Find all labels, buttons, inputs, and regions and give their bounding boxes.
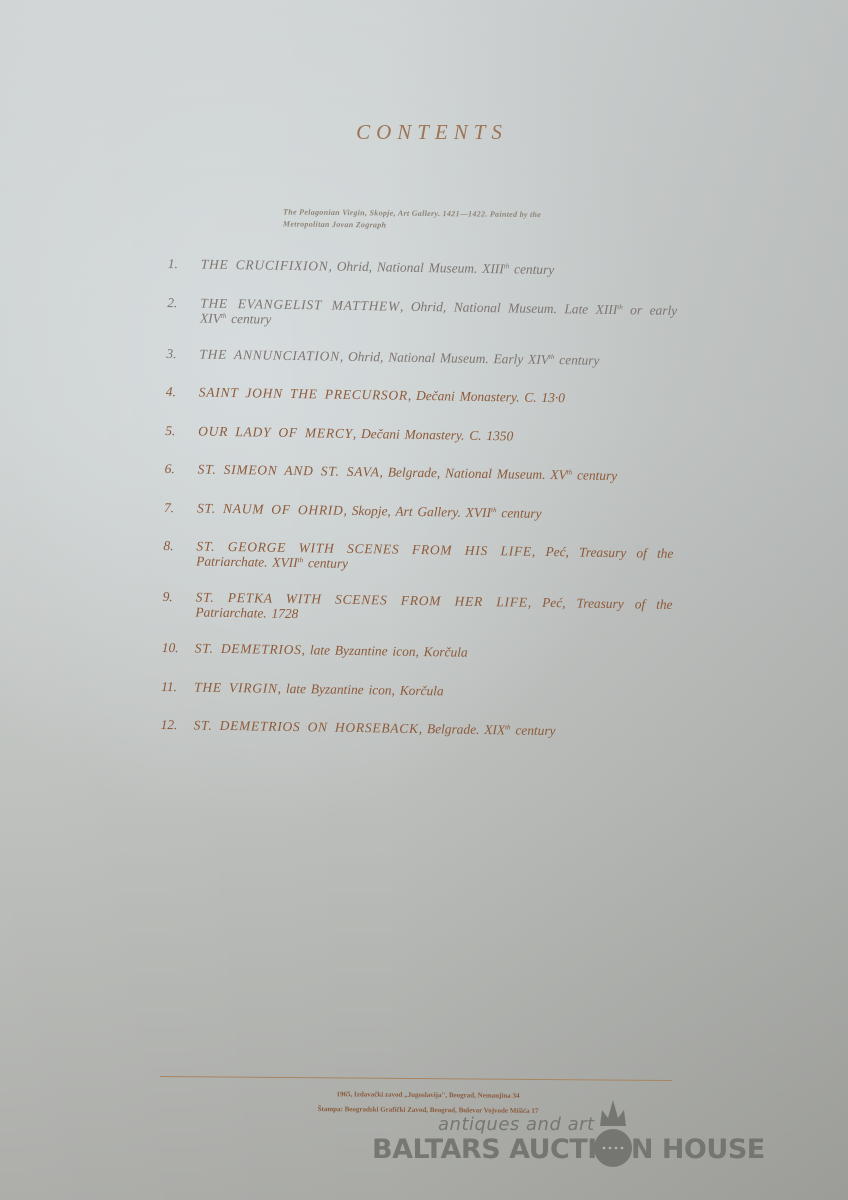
entry-title: OUR LADY OF MERCY <box>198 423 353 440</box>
entry-number: 5. <box>165 422 195 437</box>
contents-entry: 8. ST. GEORGE WITH SCENES FROM HIS LIFE,… <box>163 538 673 576</box>
entry-title: ST. SIMEON AND ST. SAVA <box>198 461 380 479</box>
entry-number: 11. <box>161 678 191 693</box>
contents-entry: 9. ST. PETKA WITH SCENES FROM HER LIFE, … <box>162 589 672 627</box>
entry-details-end: century <box>509 261 554 277</box>
entry-title: ST. DEMETRIOS <box>195 640 302 657</box>
contents-list: 1. THE CRUCIFIXION, Ohrid, National Muse… <box>160 256 678 763</box>
entry-details: , Ohrid, National Museum. Late XIII <box>400 298 617 316</box>
watermark-subtitle: antiques and art <box>438 1114 595 1135</box>
entry-details-end: century <box>496 505 541 521</box>
entry-details: , late Byzantine icon, Korčula <box>302 642 468 660</box>
entry-number: 3. <box>166 345 196 360</box>
entry-title: ST. NAUM OF OHRID <box>197 500 344 517</box>
entry-number: 1. <box>168 256 198 271</box>
entry-details: , Dečani Monastery. C. 13·0 <box>408 388 565 405</box>
entry-details: , Skopje, Art Gallery. XVII <box>343 502 491 519</box>
imprint-divider <box>160 1076 672 1081</box>
entry-details: , Dečani Monastery. C. 1350 <box>353 425 514 443</box>
entry-number: 9. <box>163 589 193 604</box>
page-title: CONTENTS <box>0 120 848 145</box>
entry-details-end: century <box>303 555 348 571</box>
contents-entry: 10. ST. DEMETRIOS, late Byzantine icon, … <box>162 640 672 663</box>
contents-entry: 4. SAINT JOHN THE PRECURSOR, Dečani Mona… <box>166 384 676 407</box>
entry-details: , Ohrid, National Museum. Early XIV <box>340 348 549 366</box>
entry-details: , Ohrid, National Museum. XIII <box>328 259 503 277</box>
contents-entry: 11. THE VIRGIN, late Byzantine icon, Kor… <box>161 678 671 701</box>
entry-details: , late Byzantine icon, Korčula <box>278 680 444 698</box>
watermark-brand: BALTARS AUCTIN HOUSE <box>372 1134 765 1165</box>
contents-entry: 1. THE CRUCIFIXION, Ohrid, National Muse… <box>168 256 678 279</box>
contents-entry: 2. THE EVANGELIST MATTHEW, Ohrid, Nation… <box>167 294 677 332</box>
entry-title: THE VIRGIN <box>194 679 278 695</box>
entry-number: 2. <box>167 294 197 309</box>
entry-number: 4. <box>166 384 196 399</box>
entry-title: THE CRUCIFIXION <box>201 257 329 274</box>
entry-title: SAINT JOHN THE PRECURSOR <box>199 385 408 403</box>
entry-details-end: century <box>554 352 599 368</box>
crown-orb-logo-icon <box>593 1098 633 1174</box>
entry-number: 12. <box>161 717 191 732</box>
entry-number: 8. <box>163 538 193 553</box>
entry-title: THE ANNUNCIATION <box>199 346 340 363</box>
contents-entry: 6. ST. SIMEON AND ST. SAVA, Belgrade, Na… <box>165 461 675 484</box>
entry-title: ST. DEMETRIOS ON HORSEBACK <box>194 717 419 736</box>
contents-entry: 12. ST. DEMETRIOS ON HORSEBACK, Belgrade… <box>161 717 671 740</box>
watermark: antiques and art BALTARS AUCTIN HOUSE <box>372 1104 772 1174</box>
entry-number: 10. <box>162 640 192 655</box>
watermark-brand-start: BALTARS AUCTI <box>372 1134 597 1165</box>
entry-number: 7. <box>164 499 194 514</box>
entry-details: , Belgrade. XIX <box>419 721 506 737</box>
entry-details: , Belgrade, National Museum. XV <box>380 464 567 482</box>
watermark-brand-end: N HOUSE <box>631 1134 765 1165</box>
entry-details-end: century <box>226 310 271 326</box>
contents-entry: 3. THE ANNUNCIATION, Ohrid, National Mus… <box>166 345 676 368</box>
frontispiece-caption: The Pelagonian Virgin, Skopje, Art Galle… <box>283 206 583 233</box>
contents-entry: 7. ST. NAUM OF OHRID, Skopje, Art Galler… <box>164 499 674 522</box>
contents-entry: 5. OUR LADY OF MERCY, Dečani Monastery. … <box>165 422 675 445</box>
entry-details-end: century <box>510 722 555 738</box>
entry-details-end: century <box>572 467 617 483</box>
entry-number: 6. <box>165 461 195 476</box>
